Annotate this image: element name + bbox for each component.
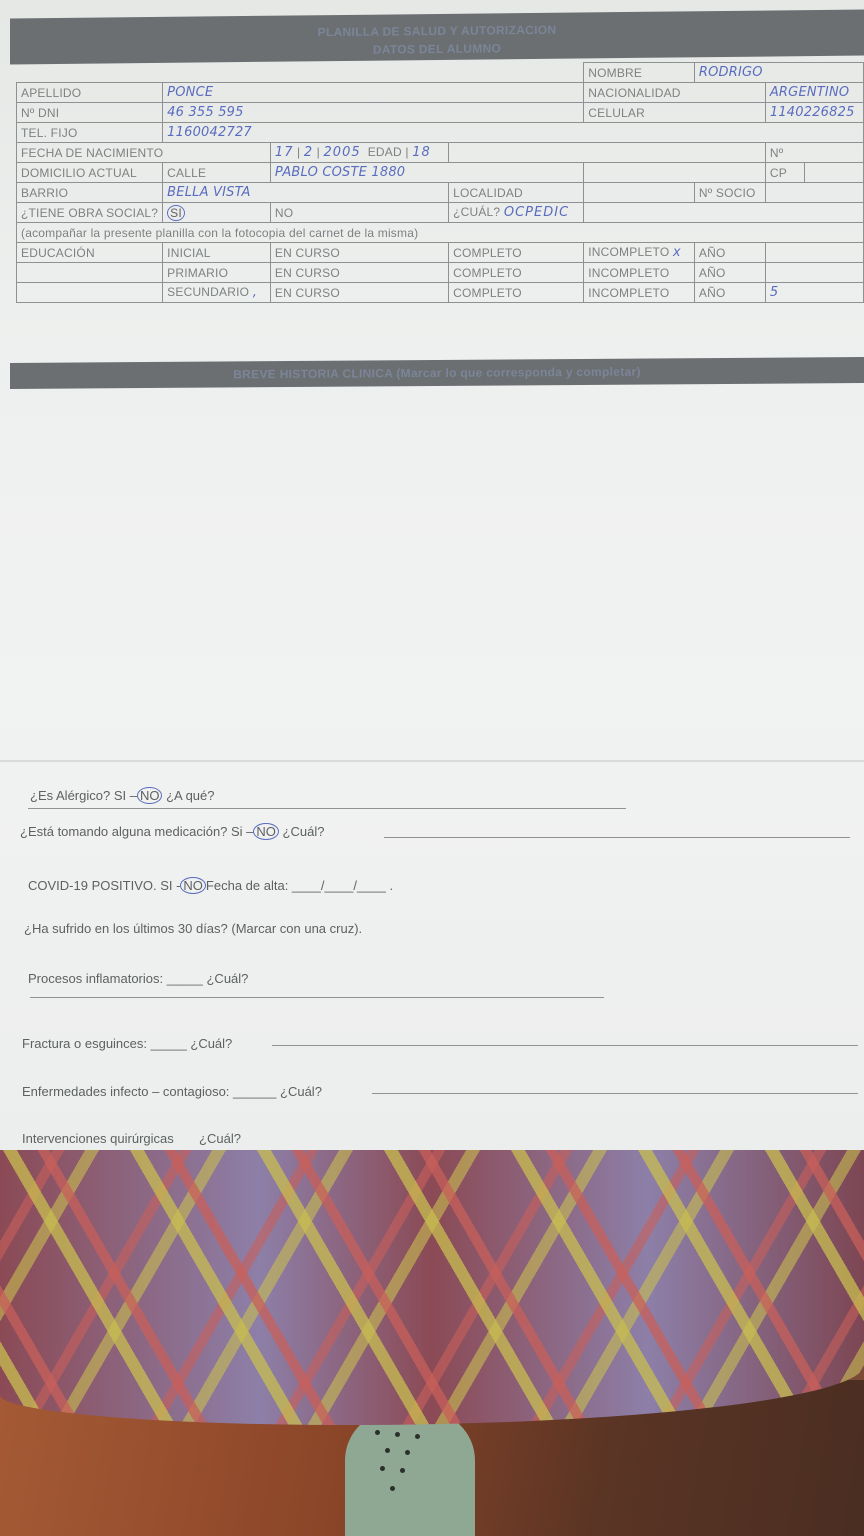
education-level: SECUNDARIO , <box>163 283 271 303</box>
edad-label: EDAD <box>368 145 402 159</box>
socio-field[interactable] <box>765 183 863 203</box>
en-curso-option[interactable]: EN CURSO <box>270 283 448 303</box>
nacionalidad-field[interactable]: ARGENTINO <box>765 83 863 103</box>
nombre-label: NOMBRE <box>584 63 695 83</box>
en-curso-option[interactable]: EN CURSO <box>270 243 448 263</box>
obra-social-note: (acompañar la presente planilla con la f… <box>17 223 864 243</box>
birth-month: 2 <box>304 145 313 160</box>
medication-question: ¿Está tomando alguna medicación? Si –NO … <box>20 823 324 840</box>
tel-fijo-label: TEL. FIJO <box>17 123 163 143</box>
allergy-no-selected[interactable]: NO <box>137 787 163 804</box>
inflammatory-question: Procesos inflamatorios: _____ ¿Cuál? <box>28 971 248 986</box>
dni-label: Nº DNI <box>17 103 163 123</box>
medication-no-selected[interactable]: NO <box>253 823 279 840</box>
nombre-field[interactable]: RODRIGO <box>694 63 863 83</box>
completo-option[interactable]: COMPLETO <box>449 263 584 283</box>
clinical-history-header: BREVE HISTORIA CLINICA (Marcar lo que co… <box>10 357 864 389</box>
birth-day: 17 <box>275 145 294 160</box>
infectious-answer-line[interactable] <box>372 1093 858 1094</box>
dni-field[interactable]: 46 355 595 <box>163 103 584 123</box>
cp-field[interactable] <box>804 163 863 183</box>
apellido-label: APELLIDO <box>17 83 163 103</box>
covid-question: COVID-19 POSITIVO. SI -NOFecha de alta: … <box>28 877 393 894</box>
anio-field[interactable] <box>765 263 863 283</box>
edad-field: 18 <box>412 145 431 160</box>
calle-label: CALLE <box>163 163 271 183</box>
incompleto-option[interactable]: INCOMPLETO <box>584 263 695 283</box>
health-form-paper: PLANILLA DE SALUD Y AUTORIZACION DATOS D… <box>0 0 864 1160</box>
apellido-field[interactable]: PONCE <box>163 83 584 103</box>
covid-no-selected[interactable]: NO <box>180 877 206 894</box>
incompleto-option[interactable]: INCOMPLETO <box>584 283 695 303</box>
socio-label: Nº SOCIO <box>694 183 765 203</box>
obra-social-cual-label: ¿CUÁL? OCPEDIC <box>449 203 584 223</box>
fecha-nacimiento-label: FECHA DE NACIMIENTO <box>17 143 271 163</box>
localidad-field[interactable] <box>584 183 695 203</box>
education-level: PRIMARIO <box>163 263 271 283</box>
education-level: INICIAL <box>163 243 271 263</box>
anio-field[interactable] <box>765 243 863 263</box>
anio-label: AÑO <box>694 243 765 263</box>
fecha-nacimiento-field[interactable]: 17 | 2 | 2005 EDAD | 18 <box>270 143 448 163</box>
completo-option[interactable]: COMPLETO <box>449 283 584 303</box>
allergy-question: ¿Es Alérgico? SI –NO ¿A qué? <box>30 787 215 804</box>
barrio-field[interactable]: BELLA VISTA <box>163 183 449 203</box>
obra-social-si-option[interactable]: SI <box>163 203 271 223</box>
anio-label: AÑO <box>694 263 765 283</box>
anio-field[interactable]: 5 <box>765 283 863 303</box>
numero-field[interactable]: Nº <box>765 143 863 163</box>
allergy-answer-line[interactable] <box>28 808 626 809</box>
obra-social-cual-field[interactable]: OCPEDIC <box>504 205 569 220</box>
medication-answer-line[interactable] <box>384 837 850 838</box>
last-30-days-question: ¿Ha sufrido en los últimos 30 días? (Mar… <box>24 921 362 936</box>
completo-option[interactable]: COMPLETO <box>449 243 584 263</box>
domicilio-label: DOMICILIO ACTUAL <box>17 163 163 183</box>
incompleto-option[interactable]: INCOMPLETO x <box>584 243 695 263</box>
localidad-label: LOCALIDAD <box>449 183 584 203</box>
inflammatory-answer-line[interactable] <box>30 997 604 998</box>
education-row: EDUCACIÓN INICIAL EN CURSO COMPLETO INCO… <box>17 243 864 263</box>
education-row: PRIMARIO EN CURSO COMPLETO INCOMPLETO AÑ… <box>17 263 864 283</box>
infectious-question: Enfermedades infecto – contagioso: _____… <box>22 1084 322 1099</box>
woven-blanket <box>0 1150 864 1425</box>
green-clog <box>345 1410 475 1536</box>
birth-year: 2005 <box>324 145 361 160</box>
en-curso-option[interactable]: EN CURSO <box>270 263 448 283</box>
celular-label: CELULAR <box>584 103 766 123</box>
education-row: SECUNDARIO , EN CURSO COMPLETO INCOMPLET… <box>17 283 864 303</box>
tel-fijo-field[interactable]: 1160042727 <box>163 123 864 143</box>
surgery-question: Intervenciones quirúrgicas ¿Cuál? <box>22 1131 241 1146</box>
cp-label: CP <box>765 163 804 183</box>
fracture-question: Fractura o esguinces: _____ ¿Cuál? <box>22 1036 232 1051</box>
numero-label: Nº <box>770 146 783 160</box>
student-data-table: NOMBRE RODRIGO APELLIDO PONCE NACIONALID… <box>16 62 864 303</box>
obra-social-no-option[interactable]: NO <box>270 203 448 223</box>
form-title-banner: PLANILLA DE SALUD Y AUTORIZACION DATOS D… <box>10 10 864 65</box>
anio-label: AÑO <box>694 283 765 303</box>
barrio-label: BARRIO <box>17 183 163 203</box>
education-label: EDUCACIÓN <box>17 243 163 263</box>
calle-field[interactable]: PABLO COSTE 1880 <box>270 163 583 183</box>
celular-field[interactable]: 1140226825 <box>765 103 863 123</box>
obra-social-label: ¿TIENE OBRA SOCIAL? <box>17 203 163 223</box>
nacionalidad-label: NACIONALIDAD <box>584 83 766 103</box>
fracture-answer-line[interactable] <box>272 1045 858 1046</box>
